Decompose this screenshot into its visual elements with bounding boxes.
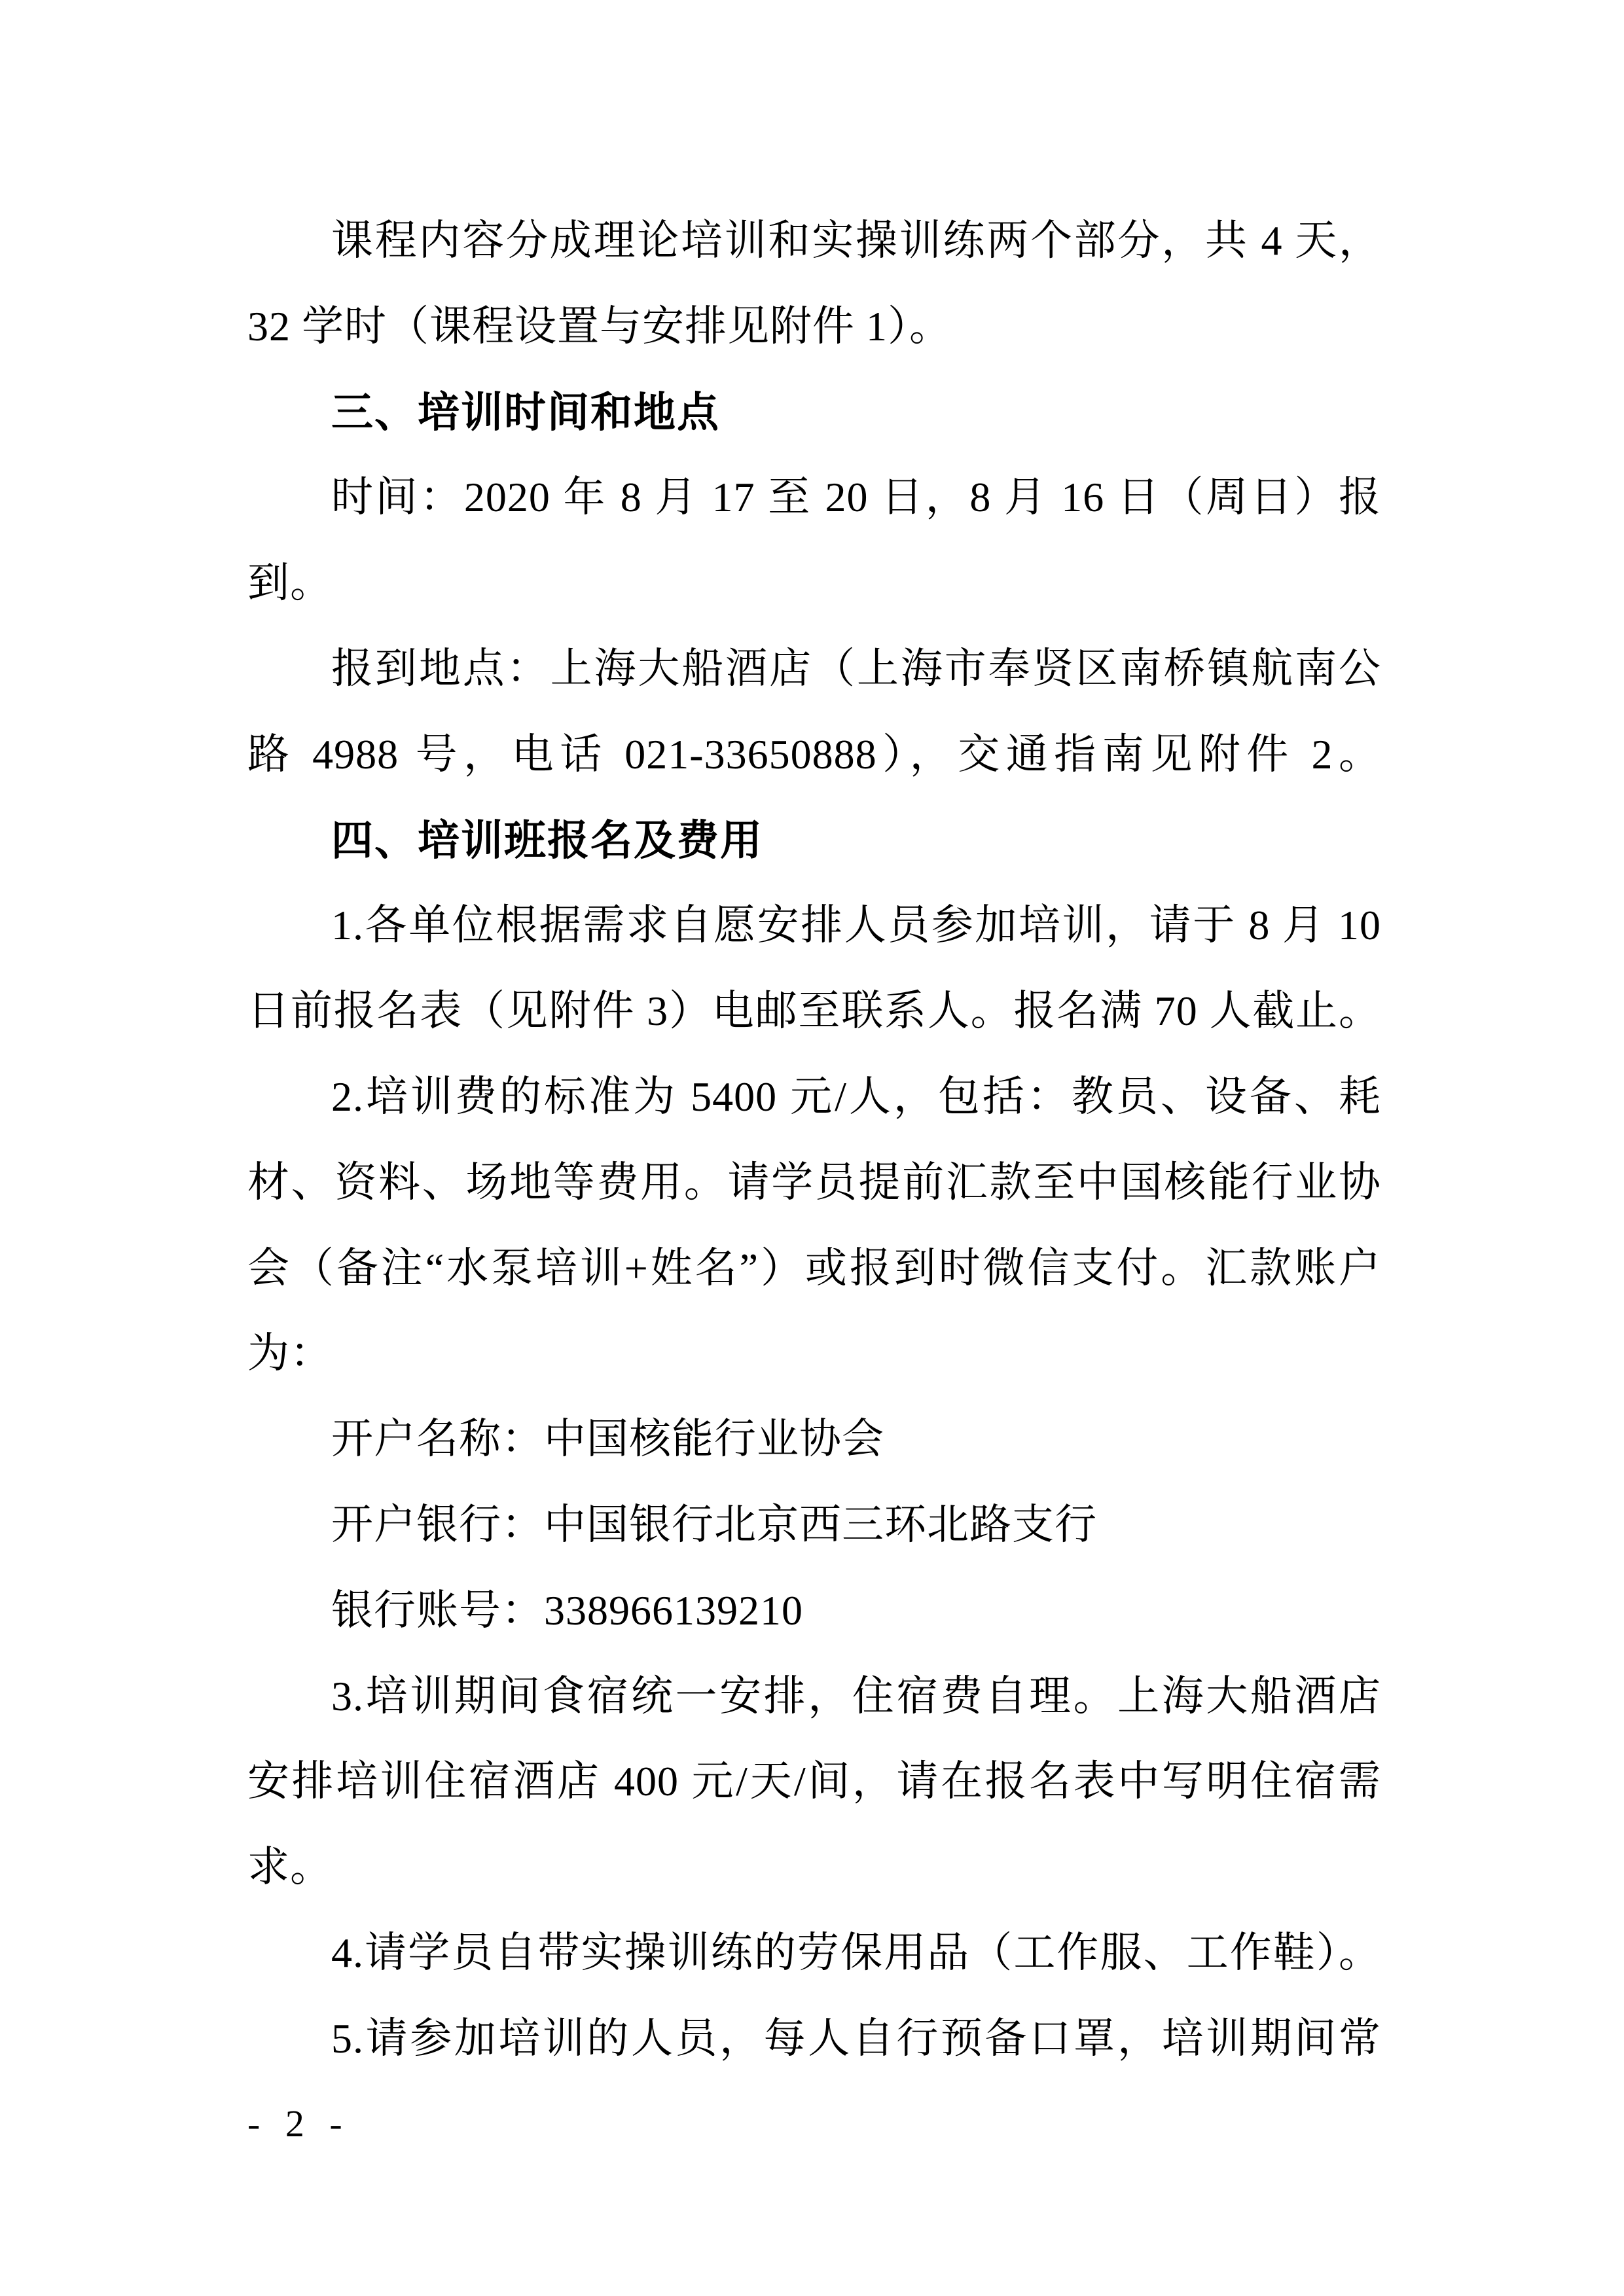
paragraph-line: 2.培训费的标准为 5400 元/人，包括：教员、设备、耗 xyxy=(247,1054,1381,1140)
paragraph-line: 报到地点：上海大船酒店（上海市奉贤区南桥镇航南公 xyxy=(247,626,1381,712)
paragraph-line: 求。 xyxy=(247,1825,1381,1910)
paragraph-line: 4.请学员自带实操训练的劳保用品（工作服、工作鞋）。 xyxy=(247,1910,1381,1996)
paragraph-line: 课程内容分成理论培训和实操训练两个部分，共 4 天， xyxy=(247,198,1381,284)
paragraph-line: 会（备注“水泵培训+姓名”）或报到时微信支付。汇款账户 xyxy=(247,1226,1381,1312)
paragraph-line: 日前报名表（见附件 3）电邮至联系人。报名满 70 人截止。 xyxy=(247,969,1381,1054)
paragraph-line: 1.各单位根据需求自愿安排人员参加培训，请于 8 月 10 xyxy=(247,883,1381,969)
paragraph-line: 32 学时（课程设置与安排见附件 1）。 xyxy=(247,284,1381,370)
paragraph-line: 时间：2020 年 8 月 17 至 20 日，8 月 16 日（周日）报 xyxy=(247,455,1381,541)
paragraph-line: 3.培训期间食宿统一安排，住宿费自理。上海大船酒店 xyxy=(247,1654,1381,1740)
section-heading-3: 三、培训时间和地点 xyxy=(247,370,1381,456)
paragraph-line: 安排培训住宿酒店 400 元/天/间，请在报名表中写明住宿需 xyxy=(247,1739,1381,1825)
section-heading-4: 四、培训班报名及费用 xyxy=(247,798,1381,884)
document-page: 课程内容分成理论培训和实操训练两个部分，共 4 天， 32 学时（课程设置与安排… xyxy=(0,0,1624,2296)
paragraph-line: 到。 xyxy=(247,541,1381,626)
bank-account-number-line: 银行账号：338966139210 xyxy=(247,1568,1381,1654)
paragraph-line: 为： xyxy=(247,1311,1381,1397)
paragraph-line: 5.请参加培训的人员，每人自行预备口罩，培训期间常 xyxy=(247,1996,1381,2082)
footer-page-number: - 2 - xyxy=(247,2101,350,2147)
bank-account-name-line: 开户名称：中国核能行业协会 xyxy=(247,1397,1381,1482)
document-body: 课程内容分成理论培训和实操训练两个部分，共 4 天， 32 学时（课程设置与安排… xyxy=(247,198,1381,2082)
paragraph-line: 路 4988 号，电话 021-33650888），交通指南见附件 2。 xyxy=(247,712,1381,798)
bank-branch-line: 开户银行：中国银行北京西三环北路支行 xyxy=(247,1482,1381,1568)
paragraph-line: 材、资料、场地等费用。请学员提前汇款至中国核能行业协 xyxy=(247,1140,1381,1226)
